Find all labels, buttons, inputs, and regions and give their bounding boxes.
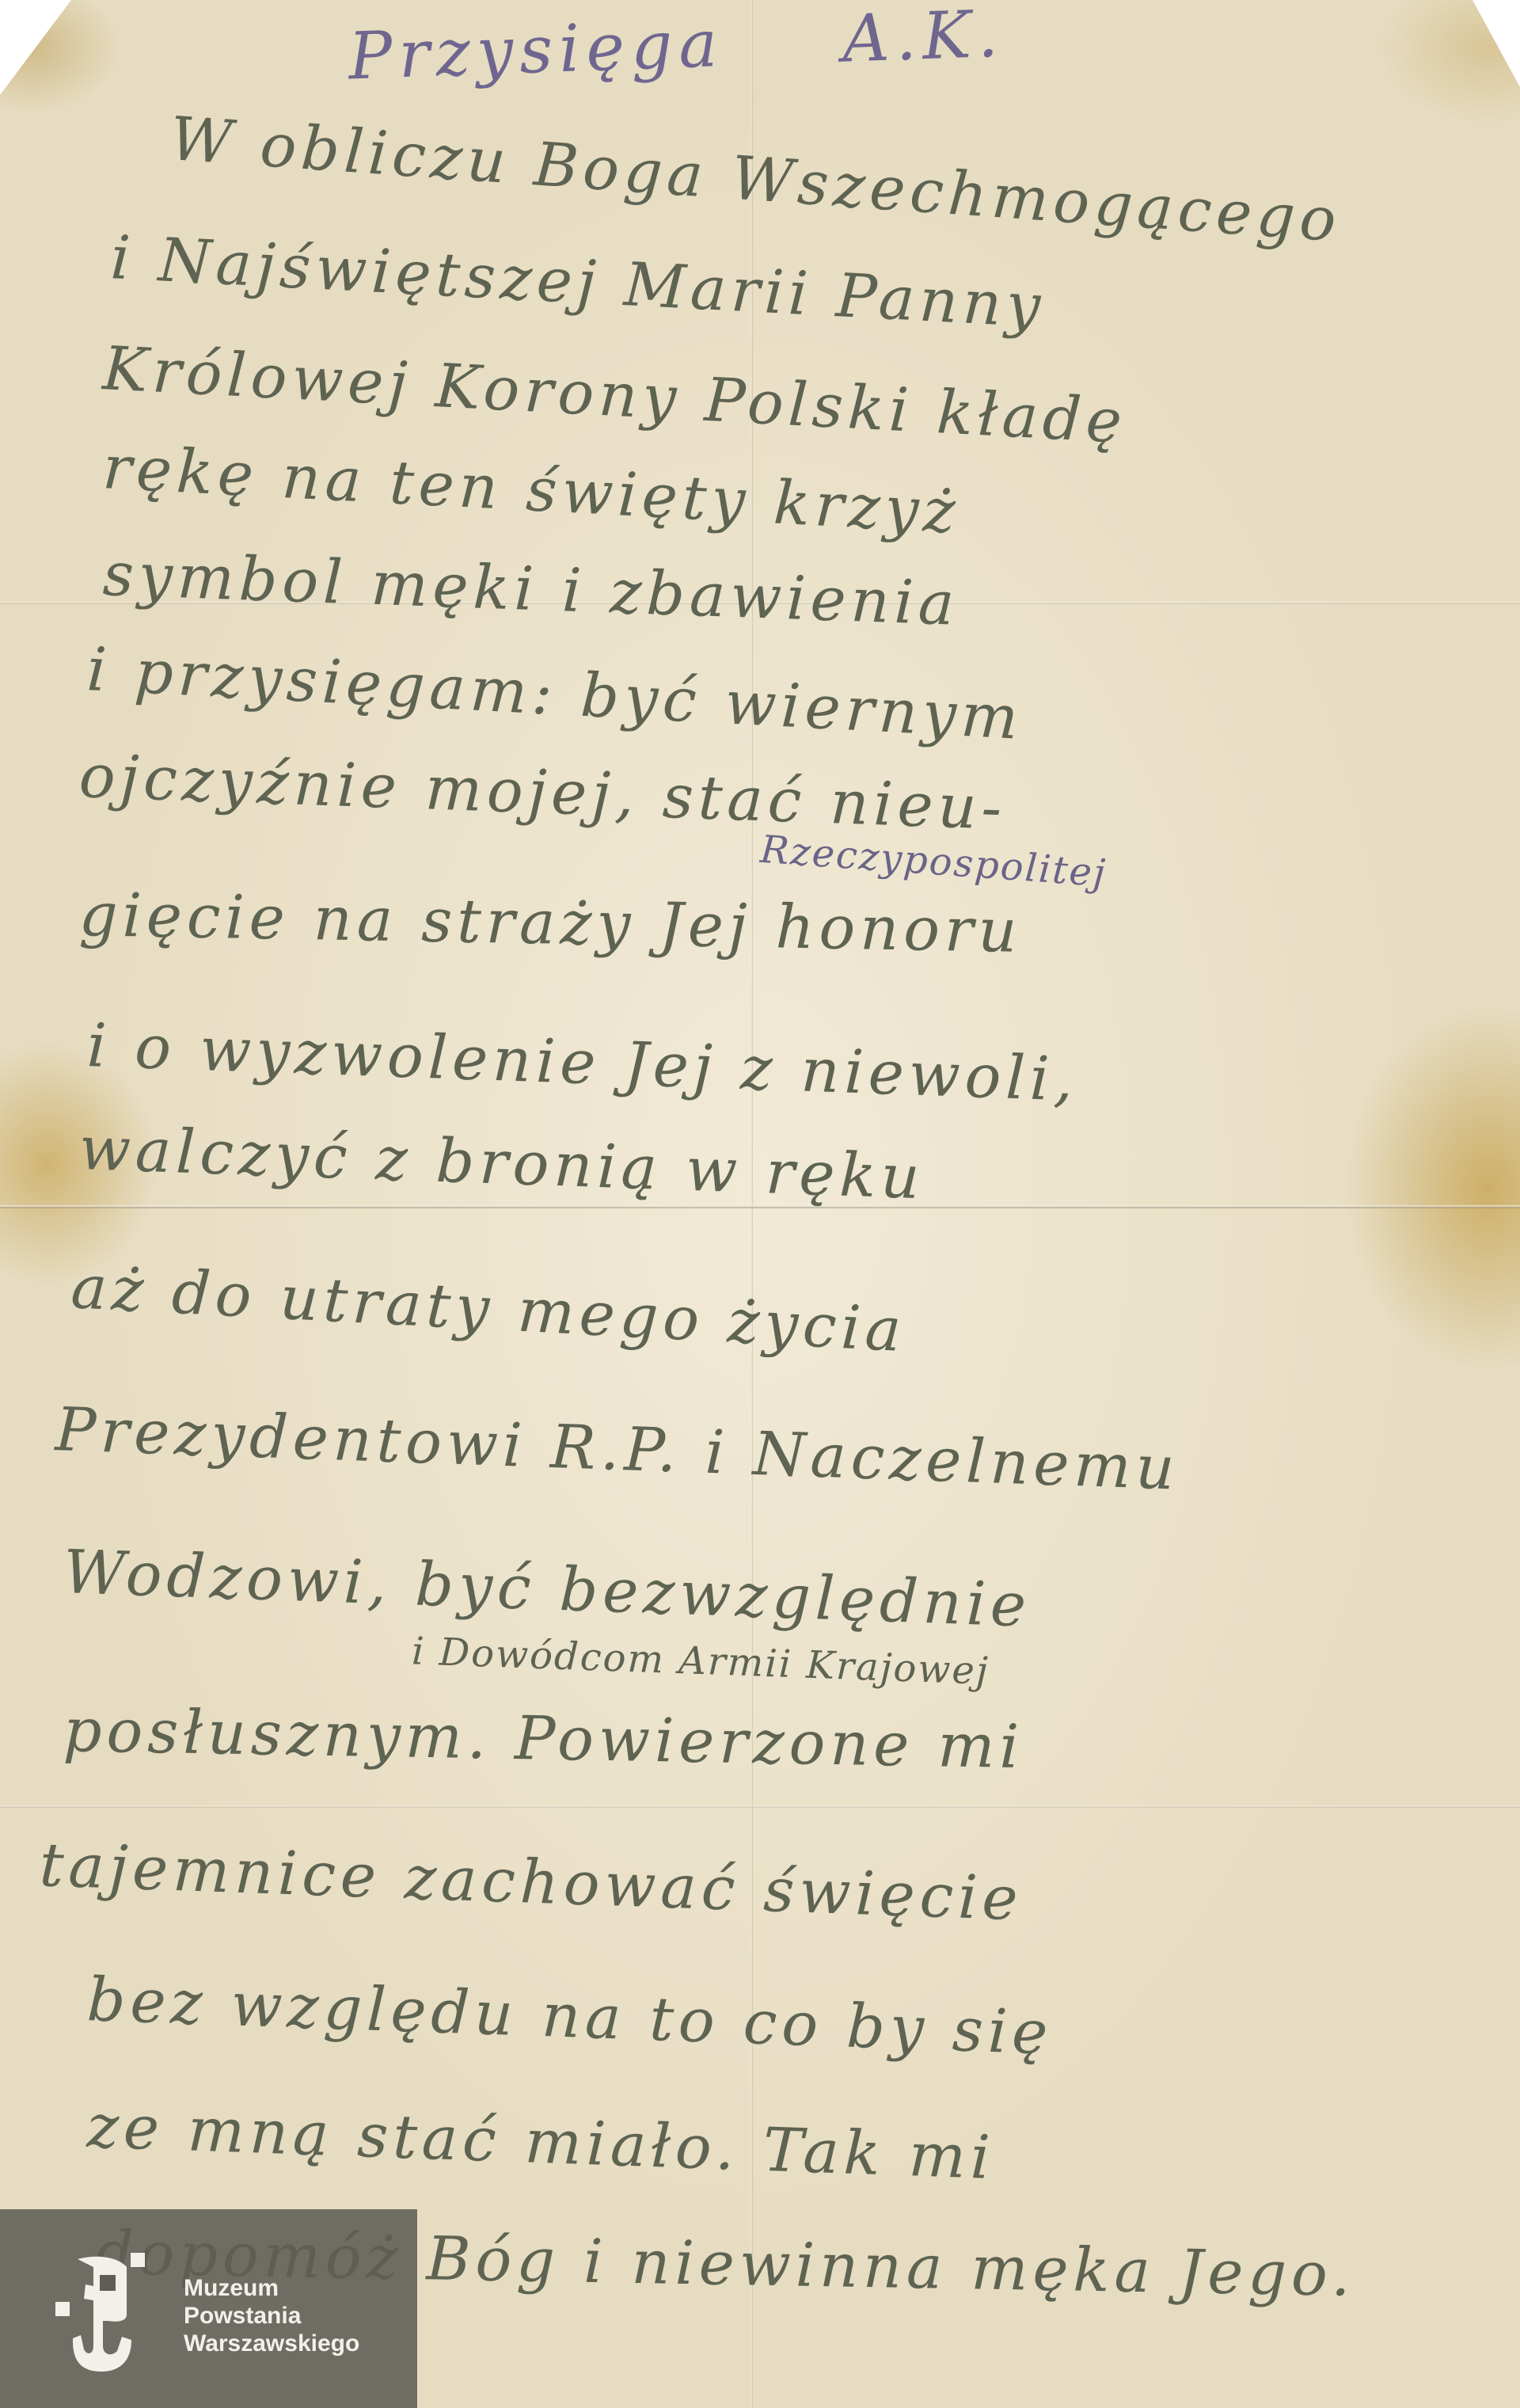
museum-watermark: Muzeum Powstania Warszawskiego xyxy=(0,2209,417,2408)
title-word: Przysięga xyxy=(348,6,725,94)
title-ak: A.K. xyxy=(841,0,1005,78)
torn-corner-top-right xyxy=(1472,0,1520,87)
museum-name-line-2: Powstania xyxy=(184,2302,359,2330)
museum-name-line-3: Warszawskiego xyxy=(184,2330,359,2357)
torn-corner-top-left xyxy=(0,0,71,95)
museum-name: Muzeum Powstania Warszawskiego xyxy=(184,2274,359,2357)
kotwica-anchor-icon xyxy=(55,2253,150,2372)
museum-name-line-1: Muzeum xyxy=(184,2274,359,2302)
horizontal-fold-lower xyxy=(0,1805,1520,1808)
